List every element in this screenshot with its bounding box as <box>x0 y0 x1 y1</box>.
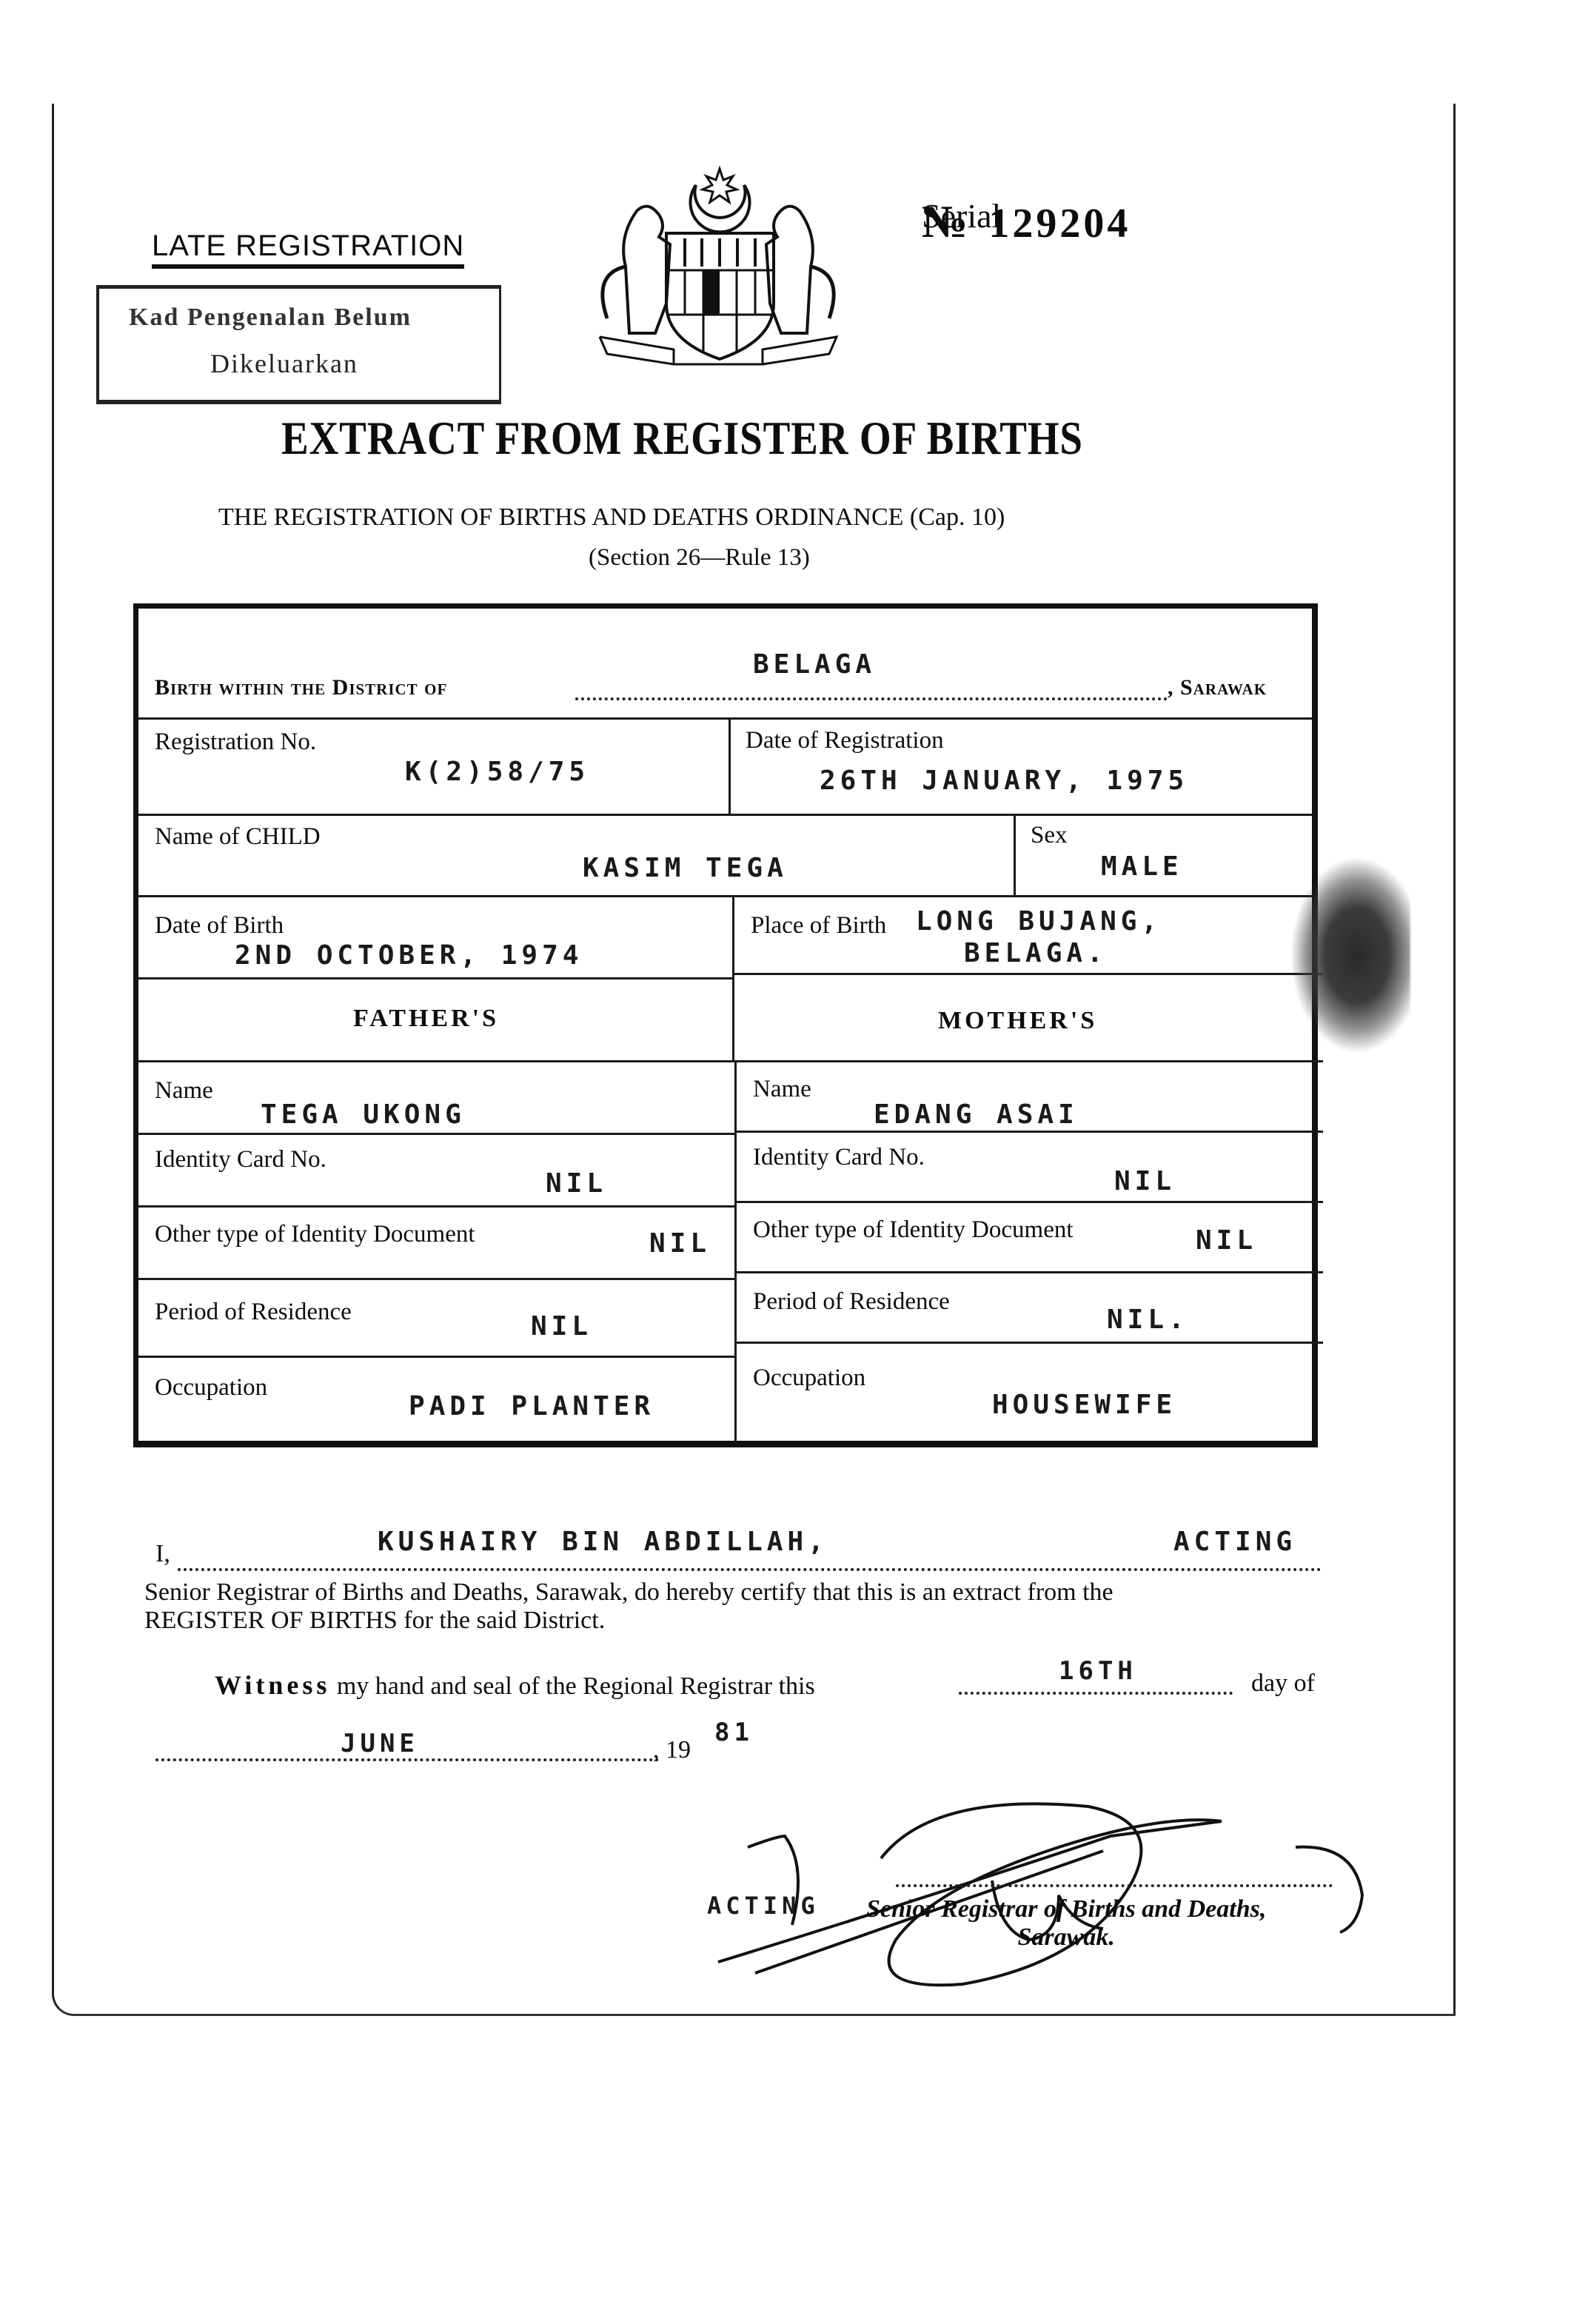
child-row: Name of CHILD KASIM TEGA Sex MALE <box>138 816 1312 897</box>
father-occupation-row: Occupation PADI PLANTER <box>138 1358 734 1439</box>
witness-line: Witness my hand and seal of the Regional… <box>215 1670 815 1701</box>
registration-row: Registration No. K(2)58/75 Date of Regis… <box>138 720 1312 816</box>
registrar-dotted-line <box>178 1568 1322 1571</box>
father-occupation-value: PADI PLANTER <box>409 1391 654 1421</box>
pob-value-line2: BELAGA. <box>964 938 1108 968</box>
pob-label: Place of Birth <box>751 912 886 940</box>
cert-i-label: I, <box>155 1540 170 1568</box>
father-ic-value: NIL <box>546 1168 607 1199</box>
cert-line-2: Senior Registrar of Births and Deaths, S… <box>144 1578 1113 1607</box>
mother-other-doc-label: Other type of Identity Document <box>753 1216 1074 1244</box>
child-name-label: Name of CHILD <box>155 823 321 851</box>
father-occupation-label: Occupation <box>155 1374 267 1402</box>
coat-of-arms-icon <box>585 155 851 370</box>
day-value: 16TH <box>1059 1656 1137 1686</box>
child-name-value: KASIM TEGA <box>583 853 788 883</box>
mother-occupation-label: Occupation <box>753 1364 865 1392</box>
father-other-doc-value: NIL <box>649 1228 711 1259</box>
father-ic-label: Identity Card No. <box>155 1146 326 1173</box>
ic-not-issued-stamp: Kad Pengenalan Belum Dikeluarkan <box>96 285 501 404</box>
father-name-value: TEGA UKONG <box>261 1099 466 1130</box>
mother-column: Name EDANG ASAI Identity Card No. NIL Ot… <box>737 1062 1323 1444</box>
mother-name-row: Name EDANG ASAI <box>737 1062 1323 1133</box>
mother-residence-label: Period of Residence <box>753 1288 950 1316</box>
registration-no-label: Registration No. <box>155 729 316 756</box>
signature-title-line1: Senior Registrar of Births and Deaths, <box>866 1895 1266 1923</box>
mothers-header: MOTHER'S <box>938 1007 1097 1035</box>
ordinance-subtitle: THE REGISTRATION OF BIRTHS AND DEATHS OR… <box>218 503 1005 532</box>
sex-label: Sex <box>1031 822 1068 849</box>
mother-other-doc-row: Other type of Identity Document NIL <box>737 1203 1323 1273</box>
dob-cell: Date of Birth 2ND OCTOBER, 1974 FATHER'S <box>138 897 734 1060</box>
birth-details-row: Date of Birth 2ND OCTOBER, 1974 FATHER'S… <box>138 897 1312 1060</box>
pob-value-line1: LONG BUJANG, <box>916 906 1162 937</box>
date-of-registration-value: 26TH JANUARY, 1975 <box>820 766 1188 796</box>
father-ic-row: Identity Card No. NIL <box>138 1135 734 1208</box>
mother-ic-row: Identity Card No. NIL <box>737 1133 1323 1203</box>
district-suffix: , Sarawak <box>1168 675 1267 700</box>
month-value: JUNE <box>341 1729 419 1758</box>
acting-stamp: ACTING <box>707 1892 820 1920</box>
date-of-registration-label: Date of Registration <box>746 727 944 754</box>
year-value: 81 <box>714 1718 754 1747</box>
sex-cell: Sex MALE <box>1016 816 1323 895</box>
cert-line-3: REGISTER OF BIRTHS for the said District… <box>144 1607 605 1635</box>
mother-residence-row: Period of Residence NIL. <box>737 1273 1323 1344</box>
district-row: Birth within the District of BELAGA , Sa… <box>138 609 1312 720</box>
document-title: EXTRACT FROM REGISTER OF BIRTHS <box>281 411 1083 466</box>
district-value: BELAGA <box>753 649 876 680</box>
father-residence-value: NIL <box>531 1311 592 1342</box>
child-name-cell: Name of CHILD KASIM TEGA <box>138 816 1016 895</box>
witness-word: Witness <box>215 1670 330 1700</box>
mother-other-doc-value: NIL <box>1196 1225 1257 1256</box>
mother-ic-value: NIL <box>1114 1166 1176 1196</box>
mother-occupation-row: Occupation HOUSEWIFE <box>737 1344 1323 1433</box>
dob-label: Date of Birth <box>155 912 284 940</box>
dotted-leader <box>575 697 1168 700</box>
year-prefix: , 19 <box>653 1736 691 1764</box>
witness-text: my hand and seal of the Regional Registr… <box>337 1672 815 1700</box>
day-of-label: day of <box>1251 1670 1315 1698</box>
month-dotted-line <box>155 1758 659 1761</box>
father-other-doc-label: Other type of Identity Document <box>155 1221 475 1248</box>
registration-no-value: K(2)58/75 <box>405 757 589 787</box>
mother-occupation-value: HOUSEWIFE <box>992 1390 1176 1420</box>
date-of-registration-cell: Date of Registration 26TH JANUARY, 1975 <box>731 720 1323 814</box>
registrar-name: KUSHAIRY BIN ABDILLAH, <box>378 1527 828 1557</box>
section-rule: (Section 26—Rule 13) <box>589 544 810 572</box>
birth-record-table: Birth within the District of BELAGA , Sa… <box>133 603 1318 1447</box>
day-dotted-line <box>959 1692 1233 1695</box>
mother-ic-label: Identity Card No. <box>753 1144 925 1171</box>
signature-dotted-line <box>896 1884 1333 1887</box>
dob-value: 2ND OCTOBER, 1974 <box>235 940 583 971</box>
father-name-row: Name TEGA UKONG <box>138 1062 734 1135</box>
acting-label: ACTING <box>1173 1527 1296 1557</box>
mother-name-label: Name <box>753 1076 811 1103</box>
district-label: Birth within the District of <box>155 675 447 700</box>
father-residence-row: Period of Residence NIL <box>138 1280 734 1358</box>
registration-no-cell: Registration No. K(2)58/75 <box>138 720 731 814</box>
signature-caption: Senior Registrar of Births and Deaths, S… <box>866 1895 1266 1952</box>
pob-cell: Place of Birth LONG BUJANG, BELAGA. MOTH… <box>734 897 1323 1060</box>
serial-value: 129204 <box>988 201 1131 247</box>
father-residence-label: Period of Residence <box>155 1299 352 1326</box>
mother-residence-value: NIL. <box>1107 1305 1189 1335</box>
serial-label: Serial <box>922 196 1001 235</box>
stamp-line-2: Dikeluarkan <box>210 348 358 379</box>
fathers-header: FATHER'S <box>353 1005 499 1033</box>
sex-value: MALE <box>1101 851 1183 882</box>
father-other-doc-row: Other type of Identity Document NIL <box>138 1208 734 1280</box>
stamp-line-1: Kad Pengenalan Belum <box>129 304 412 332</box>
signature-title-line2: Sarawak. <box>866 1923 1266 1952</box>
serial-number: Serial№129204 <box>922 196 1131 249</box>
late-registration-label: LATE REGISTRATION <box>152 230 464 269</box>
mother-name-value: EDANG ASAI <box>874 1099 1079 1130</box>
father-column: Name TEGA UKONG Identity Card No. NIL Ot… <box>138 1062 734 1444</box>
father-name-label: Name <box>155 1077 213 1105</box>
thumbprint <box>1292 859 1410 1051</box>
